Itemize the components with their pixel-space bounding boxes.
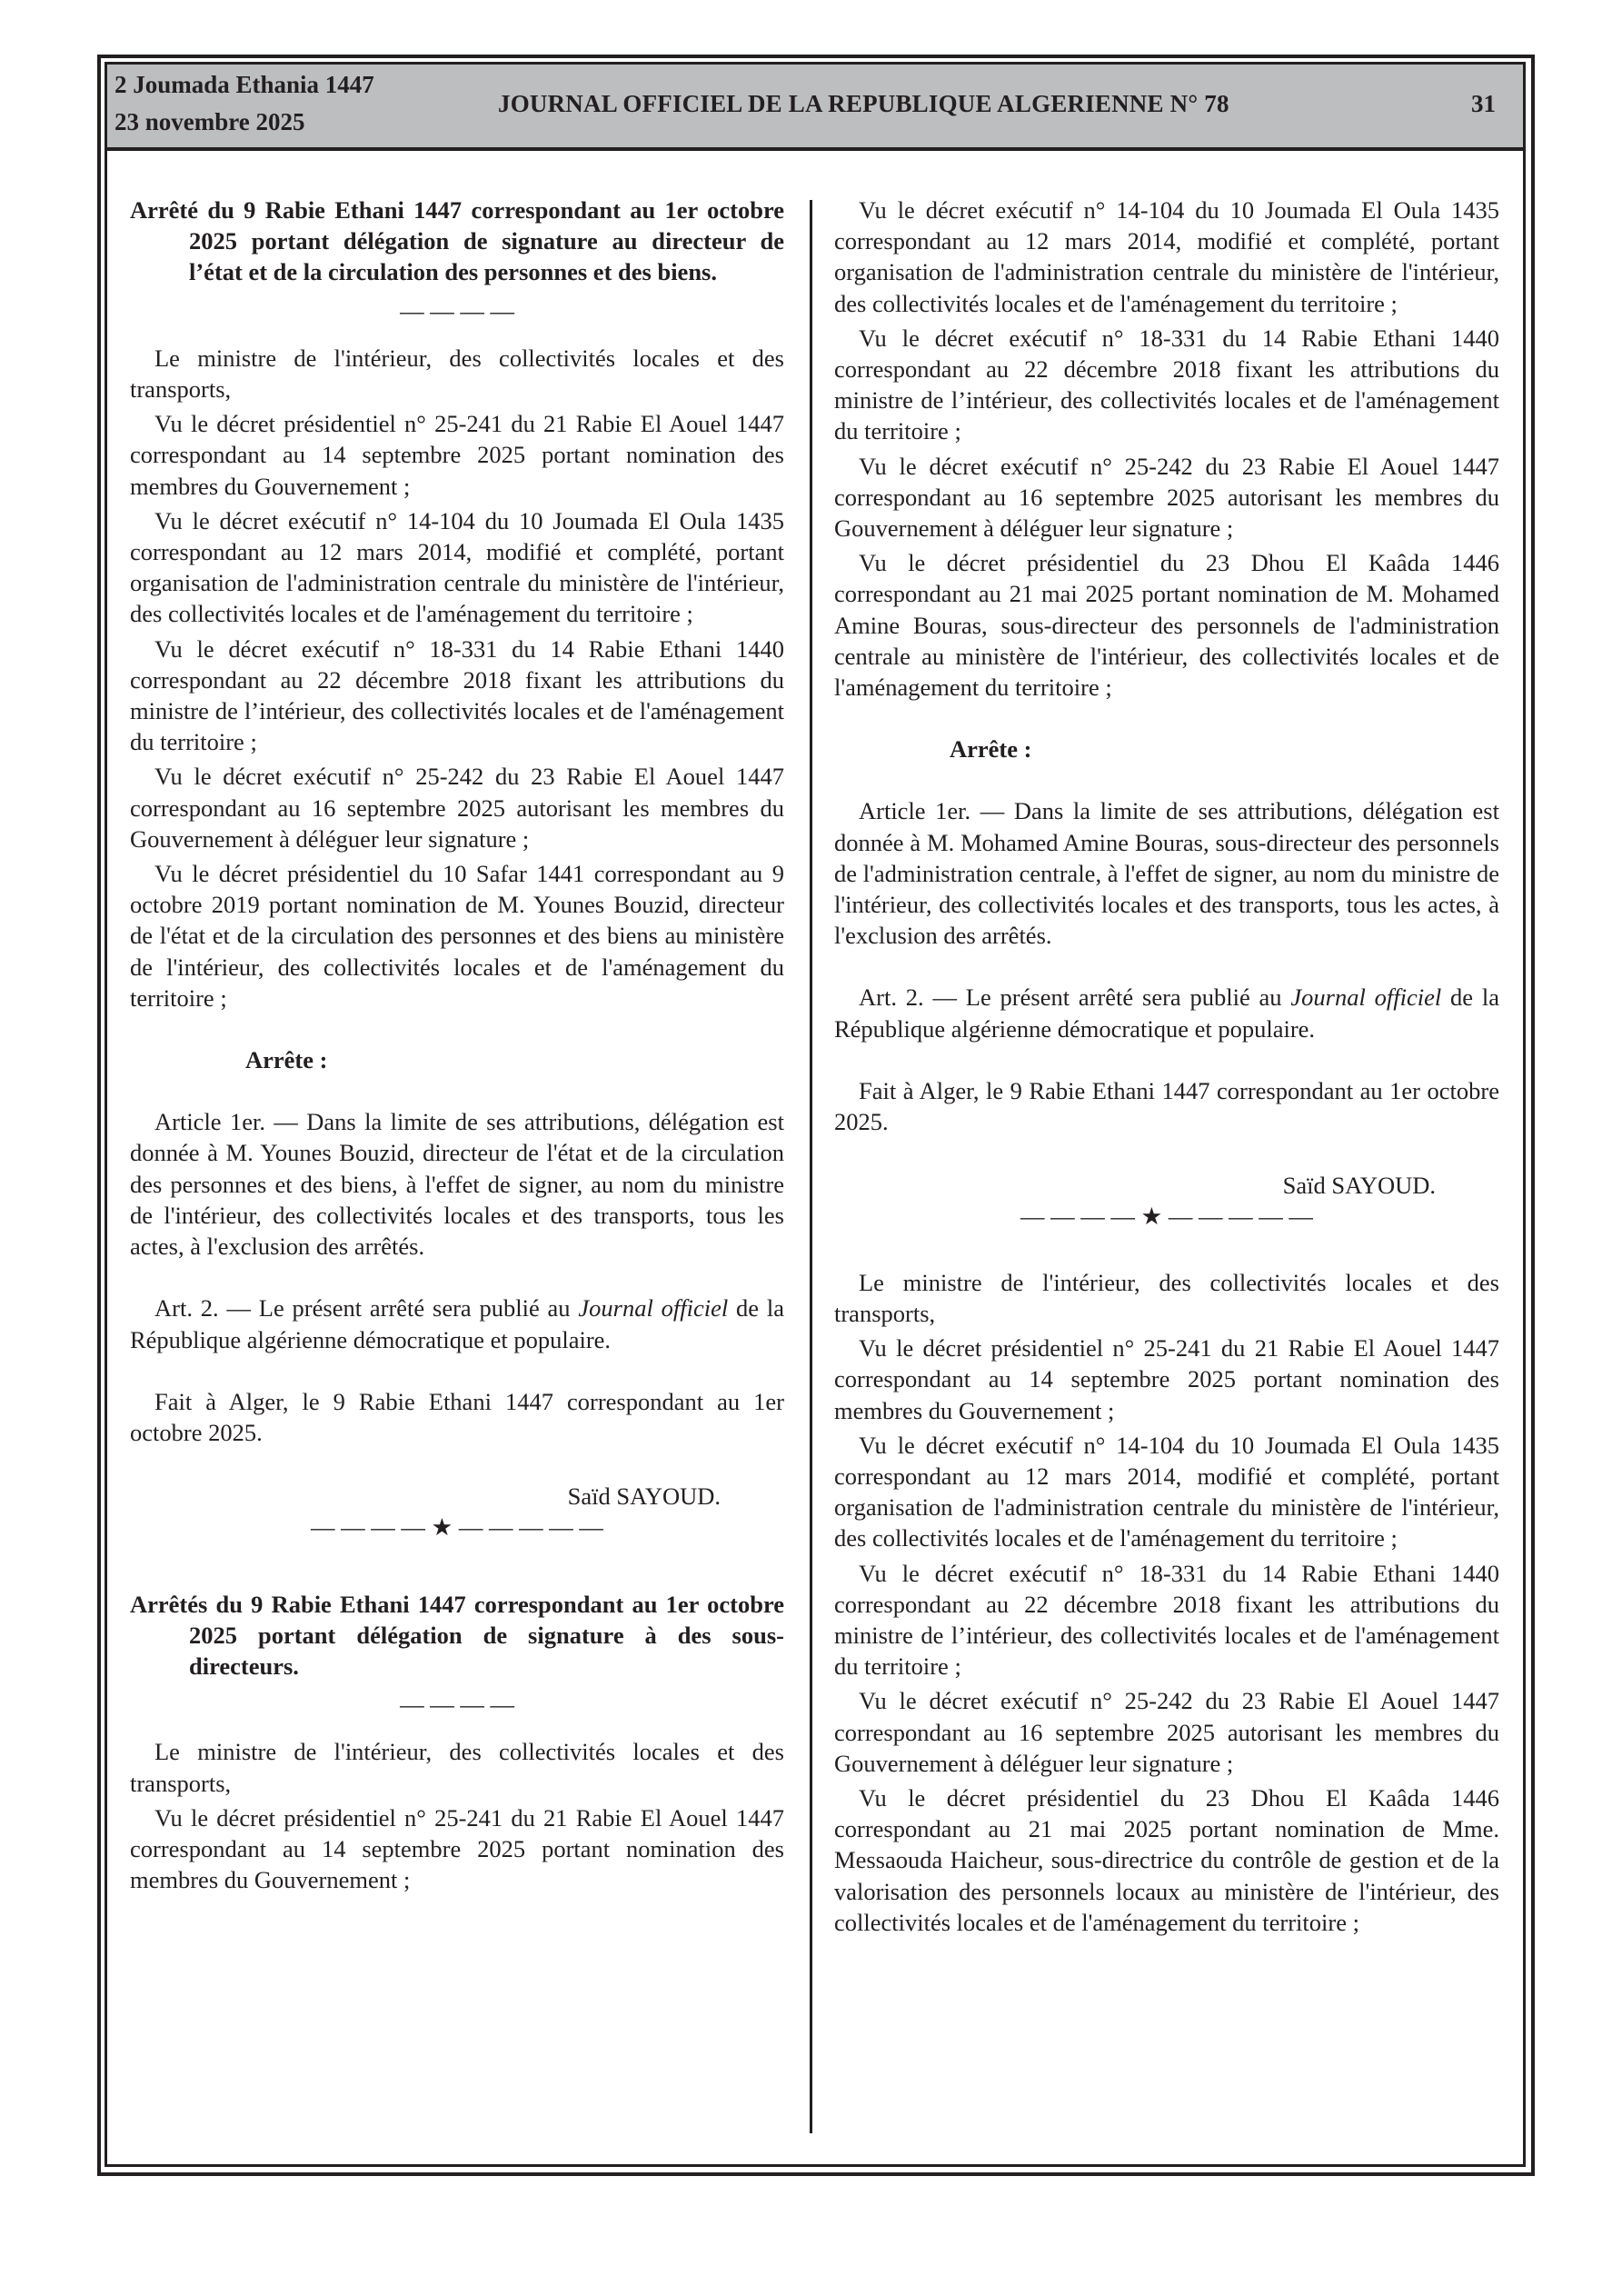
visa-paragraph: Vu le décret exécutif n° 18-331 du 14 Ra… [834,323,1499,447]
left-column: Arrêté du 9 Rabie Ethani 1447 correspond… [130,191,784,1895]
article-1: Article 1er. — Dans la limite de ses att… [130,1106,784,1262]
header-date-gregorian: 23 novembre 2025 [114,108,305,135]
signature: Saïd SAYOUD. [130,1481,784,1512]
fait-a-alger: Fait à Alger, le 9 Rabie Ethani 1447 cor… [130,1386,784,1448]
visa-paragraph: Vu le décret présidentiel n° 25-241 du 2… [130,408,784,502]
visa-paragraph: Vu le décret présidentiel n° 25-241 du 2… [130,1802,784,1896]
journal-header: 2 Joumada Ethania 1447 23 novembre 2025 … [107,65,1523,151]
visa-paragraph: Vu le décret exécutif n° 18-331 du 14 Ra… [130,634,784,758]
title-separator: — — — — [130,1689,784,1720]
article-2-text: Art. 2. — Le présent arrêté sera publié … [154,1294,578,1322]
article-1: Article 1er. — Dans la limite de ses att… [834,795,1499,951]
visa-paragraph: Vu le décret présidentiel du 10 Safar 14… [130,858,784,1013]
article-2: Art. 2. — Le présent arrêté sera publié … [834,982,1499,1043]
column-divider [810,200,812,2133]
visa-paragraph: Vu le décret présidentiel n° 25-241 du 2… [834,1333,1499,1426]
star-separator: — — — — ★ — — — — — [834,1201,1499,1232]
minister-preamble: Le ministre de l'intérieur, des collecti… [130,1736,784,1798]
article-2-text: Art. 2. — Le présent arrêté sera publié … [859,983,1290,1011]
right-column: Vu le décret exécutif n° 14-104 du 10 Jo… [834,191,1499,1938]
star-separator: — — — — ★ — — — — — [130,1512,784,1542]
visa-paragraph: Vu le décret exécutif n° 14-104 du 10 Jo… [834,195,1499,319]
journal-officiel-italic: Journal officiel [1290,983,1441,1011]
visa-paragraph: Vu le décret présidentiel du 23 Dhou El … [834,1782,1499,1938]
header-date-hijri: 2 Joumada Ethania 1447 [114,71,374,98]
minister-preamble: Le ministre de l'intérieur, des collecti… [834,1267,1499,1329]
title-separator: — — — — [130,295,784,326]
visa-paragraph: Vu le décret exécutif n° 14-104 du 10 Jo… [834,1430,1499,1554]
header-journal-title: JOURNAL OFFICIEL DE LA REPUBLIQUE ALGERI… [498,90,1229,118]
arrete-heading: Arrête : [130,1044,784,1075]
journal-officiel-italic: Journal officiel [578,1294,728,1322]
visa-paragraph: Vu le décret exécutif n° 14-104 du 10 Jo… [130,505,784,630]
arrete-heading: Arrête : [834,734,1499,764]
article-2: Art. 2. — Le présent arrêté sera publié … [130,1293,784,1354]
visa-paragraph: Vu le décret exécutif n° 25-242 du 23 Ra… [130,761,784,854]
signature: Saïd SAYOUD. [834,1170,1499,1201]
header-page-number: 31 [1471,90,1496,118]
minister-preamble: Le ministre de l'intérieur, des collecti… [130,343,784,404]
visa-paragraph: Vu le décret exécutif n° 25-242 du 23 Ra… [834,451,1499,544]
arrete-2-title: Arrêtés du 9 Rabie Ethani 1447 correspon… [130,1589,784,1682]
arrete-1-title: Arrêté du 9 Rabie Ethani 1447 correspond… [130,195,784,288]
visa-paragraph: Vu le décret exécutif n° 25-242 du 23 Ra… [834,1685,1499,1779]
visa-paragraph: Vu le décret présidentiel du 23 Dhou El … [834,547,1499,703]
visa-paragraph: Vu le décret exécutif n° 18-331 du 14 Ra… [834,1558,1499,1682]
fait-a-alger: Fait à Alger, le 9 Rabie Ethani 1447 cor… [834,1075,1499,1137]
